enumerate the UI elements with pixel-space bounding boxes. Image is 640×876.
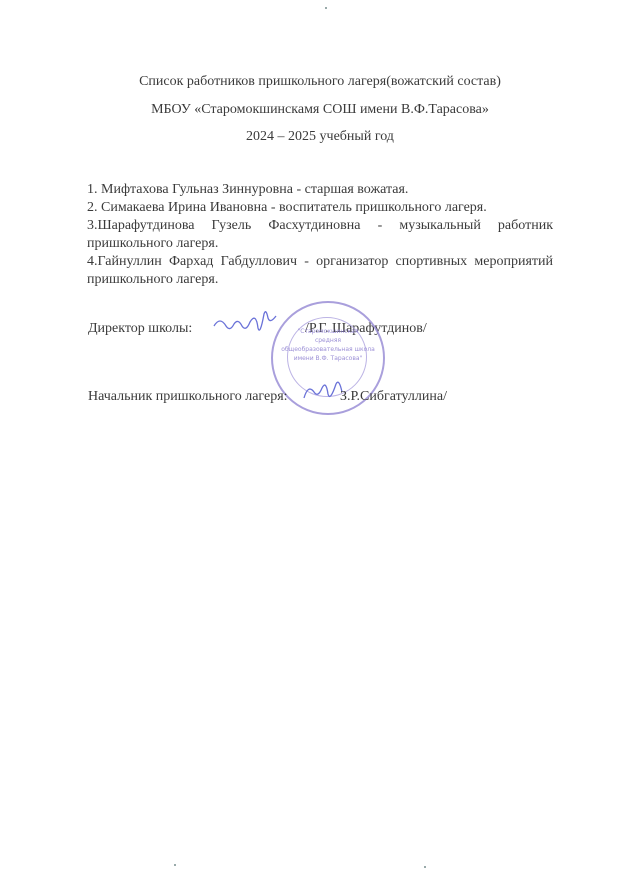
director-signature [210,308,280,338]
scan-speck [424,866,426,868]
document-title: Список работников пришкольного лагеря(во… [0,74,640,90]
staff-item-3-line1: 3.Шарафутдинова Гузель Фасхутдиновна - м… [87,218,553,234]
camp-head-name: З.Р.Сибгатуллина/ [340,389,447,405]
scan-speck [325,7,327,9]
stamp-line-1: "Старомокшинская [273,327,383,336]
scan-speck [174,864,176,866]
director-label: Директор школы: [88,321,192,337]
staff-item-1: 1. Мифтахова Гульназ Зиннуровна - старша… [87,182,408,198]
stamp-line-4: имени В.Ф. Тарасова" [273,354,383,363]
camp-head-label: Начальник пришкольного лагеря: [88,389,288,405]
academic-year: 2024 – 2025 учебный год [0,129,640,145]
staff-item-4-line2: пришкольного лагеря. [87,272,218,288]
staff-item-2: 2. Симакаева Ирина Ивановна - воспитател… [87,200,487,216]
stamp-line-2: средняя [273,336,383,345]
school-name: МБОУ «Старомокшинскамя СОШ имени В.Ф.Тар… [0,102,640,118]
staff-item-4-line1: 4.Гайнуллин Фархад Габдуллович - организ… [87,254,553,270]
staff-item-3-line2: пришкольного лагеря. [87,236,218,252]
stamp-line-3: общеобразовательная школа [273,345,383,354]
